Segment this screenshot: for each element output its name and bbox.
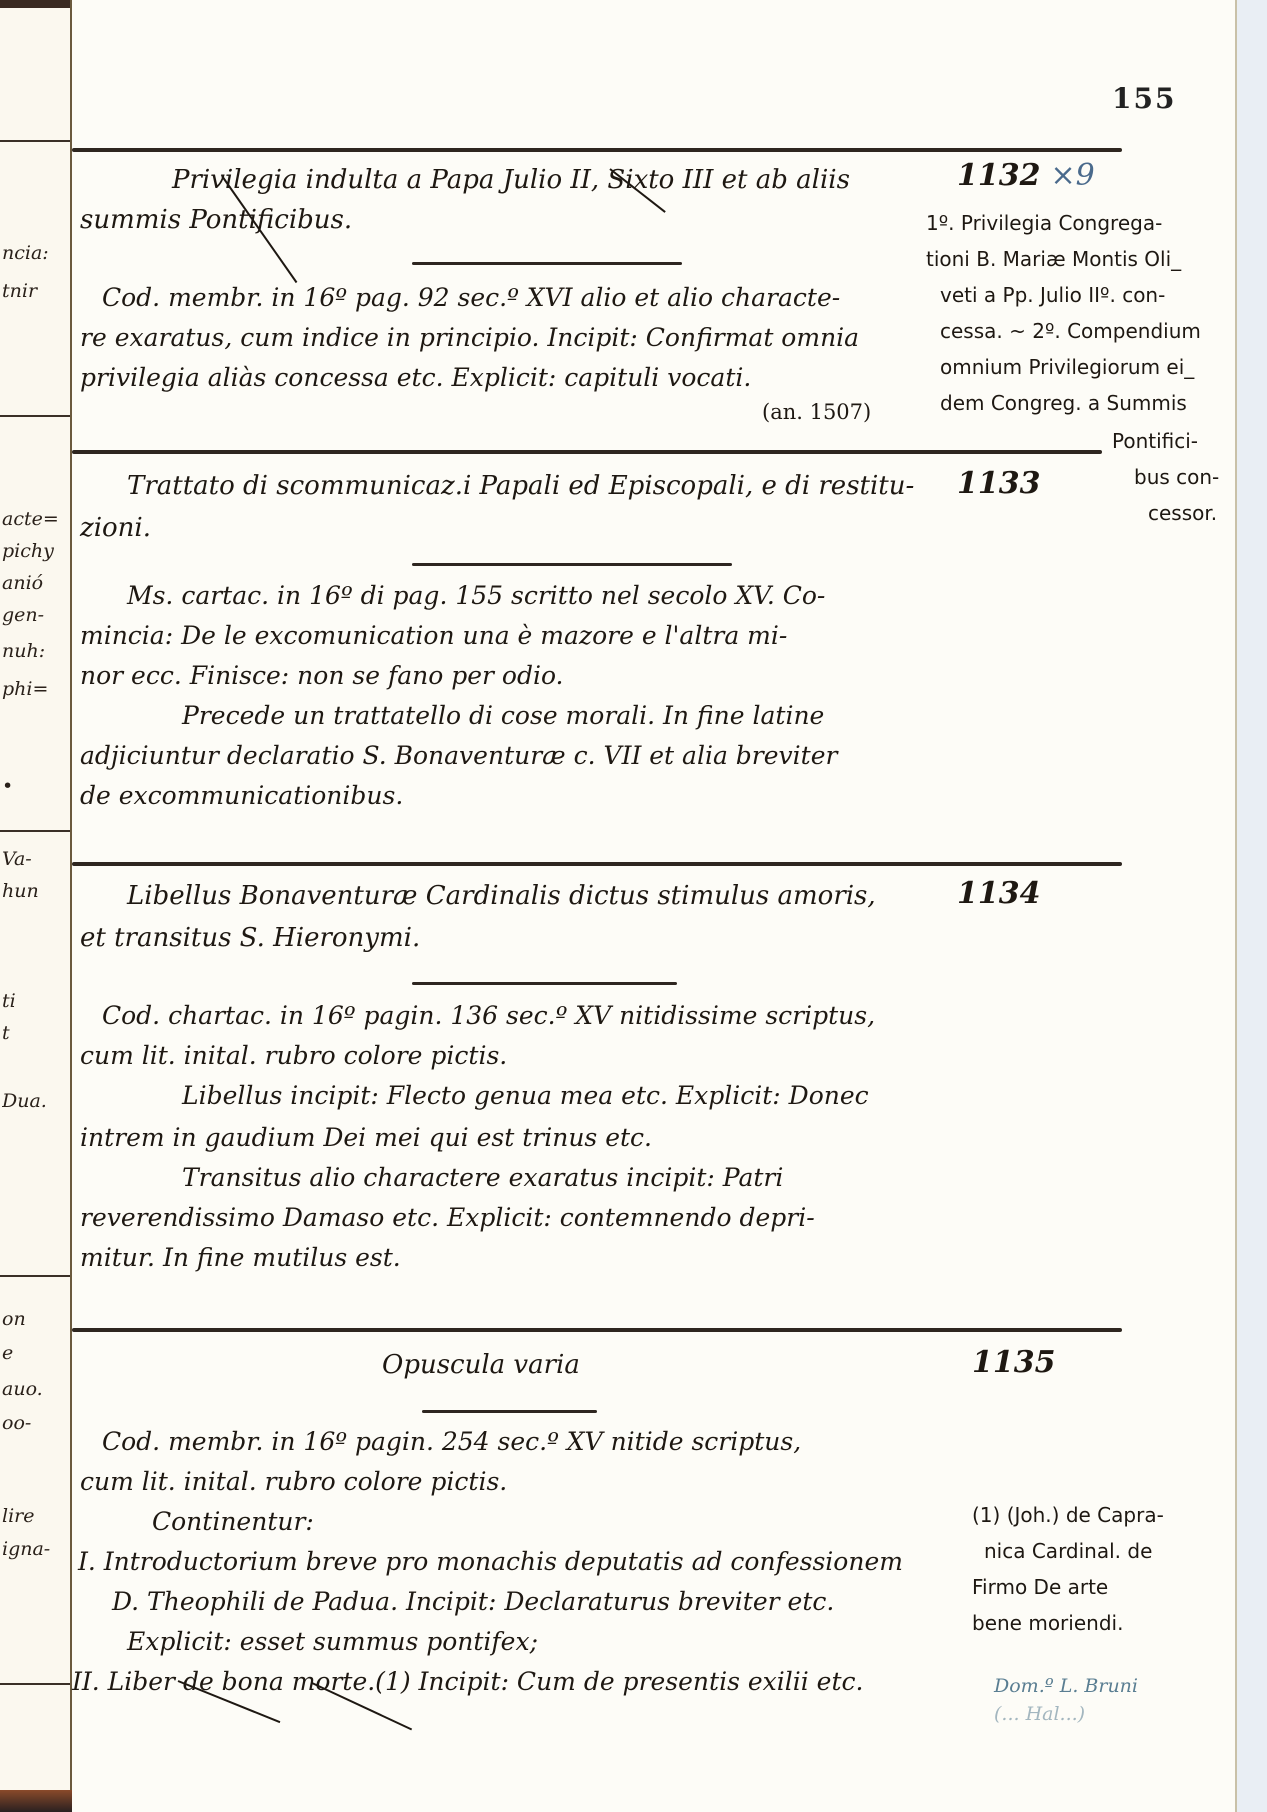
entry-description-line: Continentur: [152,1502,314,1542]
facing-page-fragment: nuh: [2,640,66,662]
margin-note-line: veti a Pp. Julio IIº. con- [940,277,1165,313]
catalogue-page: 155 Privilegia indulta a Papa Julio II, … [72,0,1237,1812]
entry-description-line: adjiciuntur declaratio S. Bonaventuræ c.… [80,736,837,776]
title-separator [412,982,677,985]
footnote-line: bene moriendi. [972,1605,1123,1641]
book-cover-top [0,0,70,8]
entry-description-line: de excommunicationibus. [80,776,403,816]
entry-description-line: cum lit. inital. rubro colore pictis. [80,1036,507,1076]
facing-page-fragment: oo- [2,1412,66,1434]
margin-note-line: 1º. Privilegia Congrega- [926,205,1162,241]
entry-description-line: intrem in gaudium Dei mei qui est trinus… [80,1118,652,1158]
entry-divider [72,862,1122,866]
entry-description-line: I. Introductorium breve pro monachis dep… [78,1542,903,1582]
entry-title-line: et transitus S. Hieronymi. [80,918,420,958]
facing-rule [0,140,70,142]
facing-page-fragment: ncia: [2,242,66,264]
facing-page-fragment: lire [2,1505,66,1527]
facing-rule [0,415,70,417]
margin-note-line: Pontifici- [1112,423,1198,459]
margin-note-line: tioni B. Mariæ Montis Oli_ [926,241,1181,277]
entry-description-line: privilegia aliàs concessa etc. Explicit:… [80,358,751,398]
entry-divider [72,450,1102,454]
facing-page-fragment: pichy [2,540,66,562]
entry-description-line: Cod. membr. in 16º pagin. 254 sec.º XV n… [102,1422,801,1462]
margin-note-line: cessa. ~ 2º. Compendium [940,313,1201,349]
margin-note-line: bus con- [1134,459,1219,495]
entry-description-line: nor ecc. Finisce: non se fano per odio. [80,656,564,696]
entry-description-line: Transitus alio charactere exaratus incip… [182,1158,783,1198]
entry-title-line: Opuscula varia [382,1345,580,1385]
entry-description-line: reverendissimo Damaso etc. Explicit: con… [80,1198,815,1238]
entry-description-line: mincia: De le excomunication una è mazor… [80,616,787,656]
facing-page-fragment: Va- [2,848,66,870]
entry-title-line: zioni. [80,508,151,548]
entry-description-line: II. Liber de bona morte.(1) Incipit: Cum… [72,1662,863,1702]
facing-page-fragment: • [2,775,66,797]
facing-page-fragment: tnir [2,280,66,302]
entry-description-line: Libellus incipit: Flecto genua mea etc. … [182,1076,869,1116]
entry-description-line: Cod. membr. in 16º pag. 92 sec.º XVI ali… [102,278,840,318]
facing-page-fragment: gen- [2,604,66,626]
footnote-line: nica Cardinal. de [984,1533,1152,1569]
margin-note-line: cessor. [1148,495,1217,531]
entry-number: 1132×9 [957,158,1095,193]
footnote-line: Firmo De arte [972,1569,1108,1605]
title-separator [412,563,732,566]
entry-description-line: re exaratus, cum indice in principio. In… [80,318,859,358]
entry-title-line: Privilegia indulta a Papa Julio II, Sixt… [172,160,850,200]
facing-page-fragment: igna- [2,1538,66,1560]
facing-rule [0,1683,70,1685]
entry-number: 1134 [957,876,1041,911]
facing-page-fragment: t [2,1022,66,1044]
pencil-note-line: (... Hal...) [994,1696,1085,1732]
title-separator [412,262,682,265]
margin-note-line: dem Congreg. a Summis [940,385,1187,421]
entry-description-line: Explicit: esset summus pontifex; [127,1622,538,1662]
facing-page-fragment: ti [2,990,66,1012]
entry-title-line: Libellus Bonaventuræ Cardinalis dictus s… [127,876,876,916]
facing-page-fragment: phi= [2,678,66,700]
entry-title-line: Trattato di scommunicaz.i Papali ed Epis… [127,466,914,506]
entry-divider [72,1328,1122,1332]
facing-page-edge: ncia:tniracte=pichyaniógen-nuh:phi=•Va-h… [0,0,72,1790]
pencil-mark: ×9 [1051,158,1095,193]
entry-description-line: Cod. chartac. in 16º pagin. 136 sec.º XV… [102,996,875,1036]
facing-page-fragment: Dua. [2,1090,66,1112]
entry-description-line: cum lit. inital. rubro colore pictis. [80,1462,507,1502]
facing-page-fragment: hun [2,880,66,902]
entry-description-line: D. Theophili de Padua. Incipit: Declarat… [112,1582,834,1622]
entry-title-line: summis Pontificibus. [80,200,352,240]
facing-rule [0,1275,70,1277]
entry-divider [72,148,1122,152]
entry-description-line: Precede un trattatello di cose morali. I… [182,696,824,736]
facing-page-fragment: auo. [2,1378,66,1400]
margin-note-line: omnium Privilegiorum ei_ [940,349,1194,385]
title-separator [422,1410,597,1413]
footnote-line: (1) (Joh.) de Capra- [972,1497,1164,1533]
date-tag: (an. 1507) [762,400,871,424]
facing-page-fragment: on [2,1308,66,1330]
facing-rule [0,830,70,832]
page-number: 155 [1112,82,1176,115]
book-cover-bottom [0,1790,78,1812]
entry-number: 1133 [957,466,1041,501]
entry-number: 1135 [972,1345,1056,1380]
facing-page-fragment: acte= [2,508,66,530]
facing-page-fragment: anió [2,572,66,594]
entry-description-line: mitur. In fine mutilus est. [80,1238,401,1278]
entry-number-value: 1132 [957,158,1041,193]
facing-page-fragment: e [2,1342,66,1364]
entry-description-line: Ms. cartac. in 16º di pag. 155 scritto n… [127,576,825,616]
